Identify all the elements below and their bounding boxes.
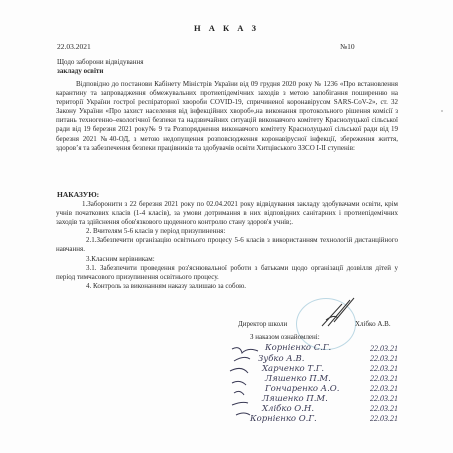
order-item-3-1: 3.1. Забезпечити проведення роз'яснюваль… xyxy=(56,264,398,282)
ack-date-1: 22.03.21 xyxy=(370,344,398,353)
ack-name-6: Ляшенко П.М. xyxy=(262,394,328,404)
director-name: Хлібко А.В. xyxy=(355,320,391,328)
ack-date-3: 22.03.21 xyxy=(370,364,398,373)
ack-name-3: Харченко Т.Г. xyxy=(262,364,324,374)
ack-date-8: 22.03.21 xyxy=(370,414,398,423)
subject-line-2: закладу освіти xyxy=(57,67,103,75)
ack-date-7: 22.03.21 xyxy=(370,404,398,413)
director-signature-icon xyxy=(320,296,360,330)
ack-date-6: 22.03.21 xyxy=(370,394,398,403)
ack-name-8: Корнієнко О.Г. xyxy=(250,414,317,424)
order-number: №10 xyxy=(340,42,355,51)
order-item-4: 4. Контроль за виконанням наказу залишаю… xyxy=(56,282,398,291)
order-item-2: 2. Вчителям 5-6 класів у період призупин… xyxy=(56,227,398,236)
scan-artifact xyxy=(441,110,443,112)
order-item-1: 1.Заборонити з 22 березня 2021 року по 0… xyxy=(56,200,398,227)
order-date: 22.03.2021 xyxy=(57,42,91,51)
ack-date-2: 22.03.21 xyxy=(370,354,398,363)
ack-name-5: Гончаренко А.О. xyxy=(265,384,339,394)
preamble-paragraph: Відповідно до постанови Кабінету Міністр… xyxy=(56,80,398,153)
ack-name-2: Зубко А.В. xyxy=(258,354,304,364)
ack-name-7: Хлібко О.Н. xyxy=(262,404,314,414)
ack-name-1: Корнієнко С.Г. xyxy=(265,343,331,353)
order-item-3: 3.Класним керівникам: xyxy=(56,255,398,264)
ack-name-4: Ляшенко П.М. xyxy=(265,374,331,384)
order-heading: НАКАЗУЮ: xyxy=(57,190,99,199)
ack-date-5: 22.03.21 xyxy=(370,384,398,393)
order-item-2-1: 2.1.Забезпечити організацію освітнього п… xyxy=(56,236,398,254)
order-items: 1.Заборонити з 22 березня 2021 року по 0… xyxy=(56,200,398,291)
director-label: Директор школи xyxy=(238,320,287,328)
acknowledgement-label: З наказом ознайомлені: xyxy=(250,333,320,341)
ack-date-4: 22.03.21 xyxy=(370,374,398,383)
document-title: Н А К А З xyxy=(0,23,453,33)
subject-line-1: Щодо заборони відвідування xyxy=(57,58,144,66)
scanned-order-page: Н А К А З 22.03.2021 №10 Щодо заборони в… xyxy=(0,0,453,453)
